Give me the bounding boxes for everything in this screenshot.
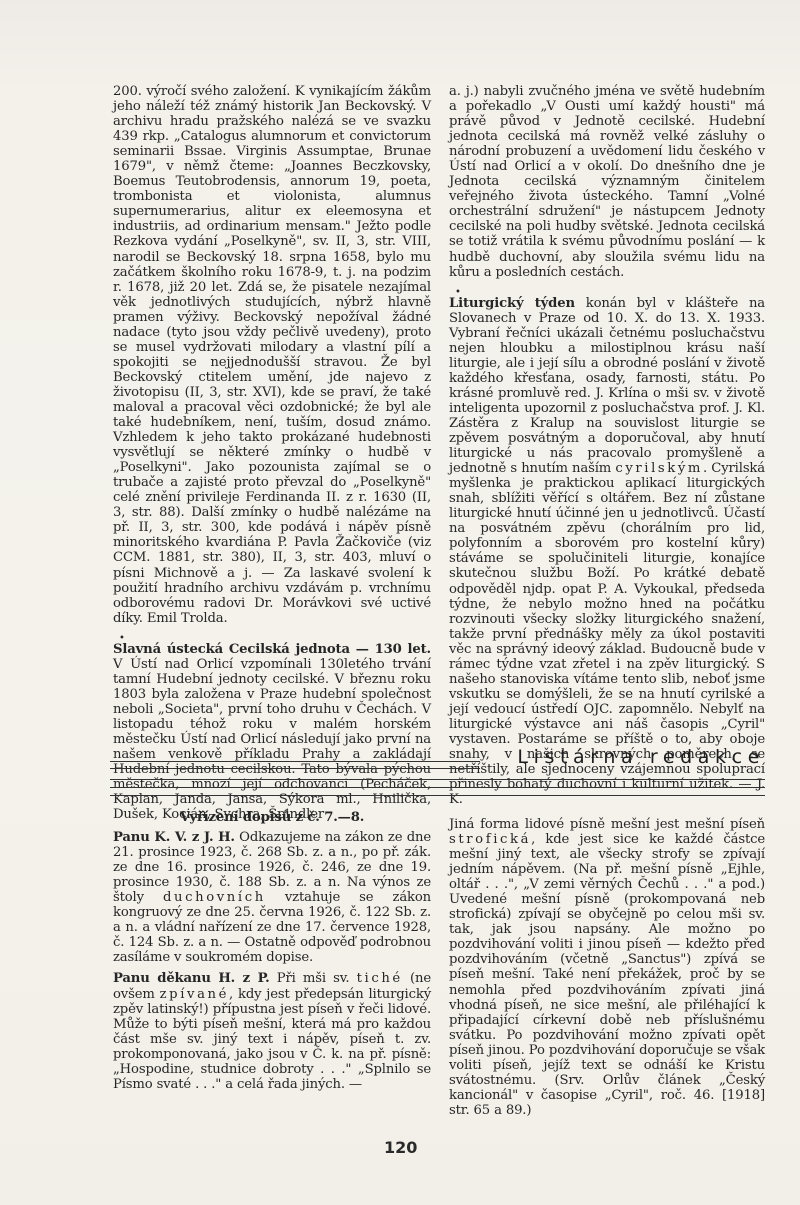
emphasis-text: strofická bbox=[449, 832, 531, 847]
reply-recipient: Panu děkanu H. z P. bbox=[113, 971, 270, 986]
letters-subheading: Vyřízení dopisů z č. 7.—8. bbox=[113, 810, 431, 825]
header-rule bbox=[110, 761, 480, 762]
page-number: 120 bbox=[384, 1138, 417, 1157]
section-bullet-icon: • bbox=[449, 288, 765, 296]
header-rule bbox=[110, 779, 765, 780]
reply-item: Panu K. V. z J. H. Odkazujeme na zákon z… bbox=[113, 830, 431, 965]
right-column-top: a. j.) nabyli zvučného jména ve světě hu… bbox=[449, 84, 765, 807]
reply-continuation: Jiná forma lidové písně mešní jest mešní… bbox=[449, 817, 765, 1118]
header-rule bbox=[110, 787, 765, 788]
document-page: 200. výročí svého založení. K vynikající… bbox=[0, 0, 800, 1205]
emphasis-text: tiché bbox=[357, 971, 403, 986]
liturgical-week-article: Liturgický týden konán byl v klášteře na… bbox=[449, 296, 765, 808]
section-bullet-icon: • bbox=[113, 634, 431, 642]
reply-item: Panu děkanu H. z P. Při mši sv. tiché (n… bbox=[113, 971, 431, 1091]
reply-text: , kdy jest předepsán liturgický zpěv lat… bbox=[113, 987, 431, 1092]
emphasis-text: duchovních bbox=[163, 890, 266, 905]
emphasis-text: zpívané bbox=[160, 987, 229, 1002]
left-column-bottom: Vyřízení dopisů z č. 7.—8. Panu K. V. z … bbox=[113, 810, 431, 1092]
section-title: Listárna redakce bbox=[517, 746, 765, 768]
reply-recipient: Panu K. V. z J. H. bbox=[113, 830, 235, 845]
beckovsky-paragraph: 200. výročí svého založení. K vynikající… bbox=[113, 84, 431, 626]
emphasis-text: cyrilským bbox=[615, 461, 703, 476]
header-rule bbox=[110, 768, 480, 769]
reply-text: Při mši sv. bbox=[270, 971, 357, 986]
header-rule bbox=[110, 795, 765, 796]
article-body: konán byl v klášteře na Slovanech v Praz… bbox=[449, 296, 765, 477]
reply-text: Jiná forma lidové písně mešní jest mešní… bbox=[449, 817, 765, 832]
left-column-top: 200. výročí svého založení. K vynikající… bbox=[113, 84, 431, 822]
section-header: Listárna redakce bbox=[110, 748, 765, 798]
article-heading: Liturgický týden bbox=[449, 296, 575, 311]
article-heading: Slavná ústecká Cecilská jednota — 130 le… bbox=[113, 642, 431, 657]
reply-text: , kde jest sice ke každé částce mešní ji… bbox=[449, 832, 765, 1118]
cecilian-society-continuation: a. j.) nabyli zvučného jména ve světě hu… bbox=[449, 84, 765, 280]
right-column-bottom: Jiná forma lidové písně mešní jest mešní… bbox=[449, 817, 765, 1118]
